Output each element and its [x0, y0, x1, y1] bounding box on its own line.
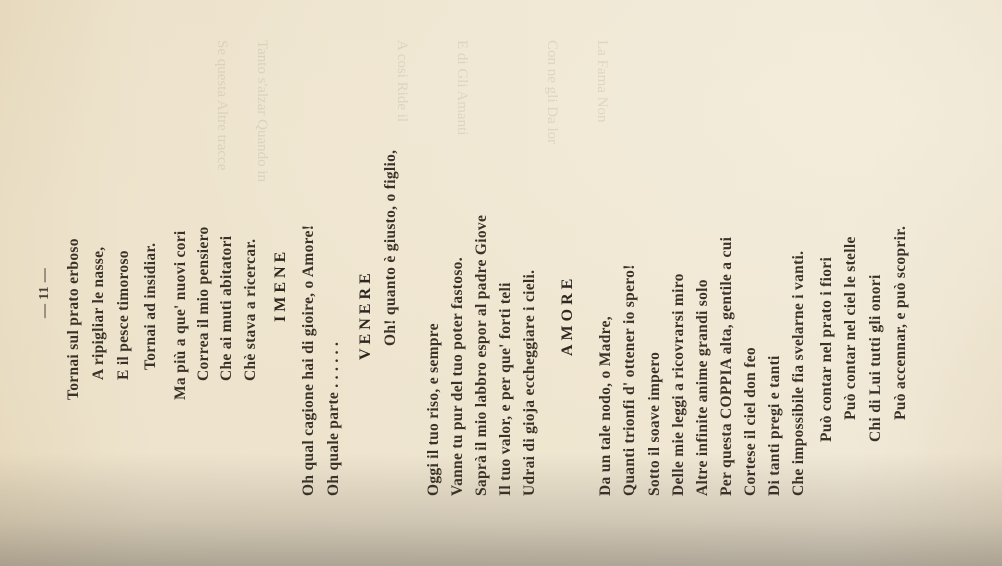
verse-line: Tornai sul prato erboso — [66, 238, 82, 400]
verse-line: Il tuo valor, e per que' forti teli — [498, 282, 514, 496]
verse-line: E il pesce timoroso — [116, 250, 132, 380]
verse-line: Cortese il ciel don feo — [743, 347, 759, 496]
verse-line: Tornai ad insidiar. — [143, 243, 159, 370]
verse-line: Altre infinite anime grandi solo — [695, 279, 711, 496]
verse-line: Può contar nel prato i fiori — [819, 257, 835, 442]
verse-line: Oh! quanto è giusto, o figlio, — [383, 150, 399, 346]
verse-line: Quanti trionfi d' ottener io spero! — [622, 264, 638, 496]
verse-line: Può accennar, e può scoprir. — [893, 226, 909, 420]
verse-line: Che impossibile fia svelarne i vanti. — [791, 251, 807, 496]
verse-line: Ma più a que' nuovi cori — [173, 230, 189, 400]
verse-line: Oh quale parte . . . . . . — [326, 342, 342, 496]
speaker-heading-venere: VENERE — [358, 269, 374, 360]
verse-line: Di tanti pregi e tanti — [767, 355, 783, 496]
verse-line: Chè stava a ricercar. — [243, 239, 259, 381]
verse-line: Sotto il soave impero — [647, 352, 663, 496]
verse-line: Correa il mio pensiero — [196, 226, 212, 381]
verse-line: Da un tale nodo, o Madre, — [598, 316, 614, 496]
speaker-heading-amore: AMORE — [560, 275, 576, 356]
bleed-through-text: A cosi Ride il — [393, 40, 410, 122]
verse-line: A ripigliar le nasse, — [91, 247, 107, 380]
verse-line: Chi di Lui tutti gli onori — [868, 274, 884, 442]
bleed-through-text: Se questa Altre tracce — [213, 40, 230, 170]
bleed-through-text: Con ne gli Da lor — [543, 40, 560, 144]
page-number: — 11 — — [38, 268, 52, 318]
verse-line: Può contar nel ciel le stelle — [843, 236, 859, 420]
verse-line: Oh qual cagione hai di gioire, o Amore! — [301, 225, 317, 496]
bleed-through-text: Tanto s'alzar Quando in — [253, 40, 270, 182]
book-page: Se questa Altre tracce Tanto s'alzar Qua… — [0, 0, 1002, 566]
verse-line: Saprà il mio labbro espor al padre Giove — [474, 215, 490, 496]
verse-line: Oggi il tuo riso, e sempre — [426, 323, 442, 496]
bleed-through-text: E di Gli Amanti — [453, 40, 470, 135]
verse-line: Per questa COPPIA alta, gentile a cui — [719, 237, 735, 496]
bleed-through-text: La Fama Non — [593, 40, 610, 122]
verse-line: Che ai muti abitatori — [219, 236, 235, 381]
verse-line: Delle mie leggi a ricovrarsi miro — [671, 273, 687, 496]
verse-line: Udrai di gioja eccheggiare i cieli. — [522, 270, 538, 496]
speaker-heading-imene: IMENE — [273, 248, 289, 322]
verse-line: Vanne tu pur del tuo poter fastoso. — [450, 257, 466, 496]
